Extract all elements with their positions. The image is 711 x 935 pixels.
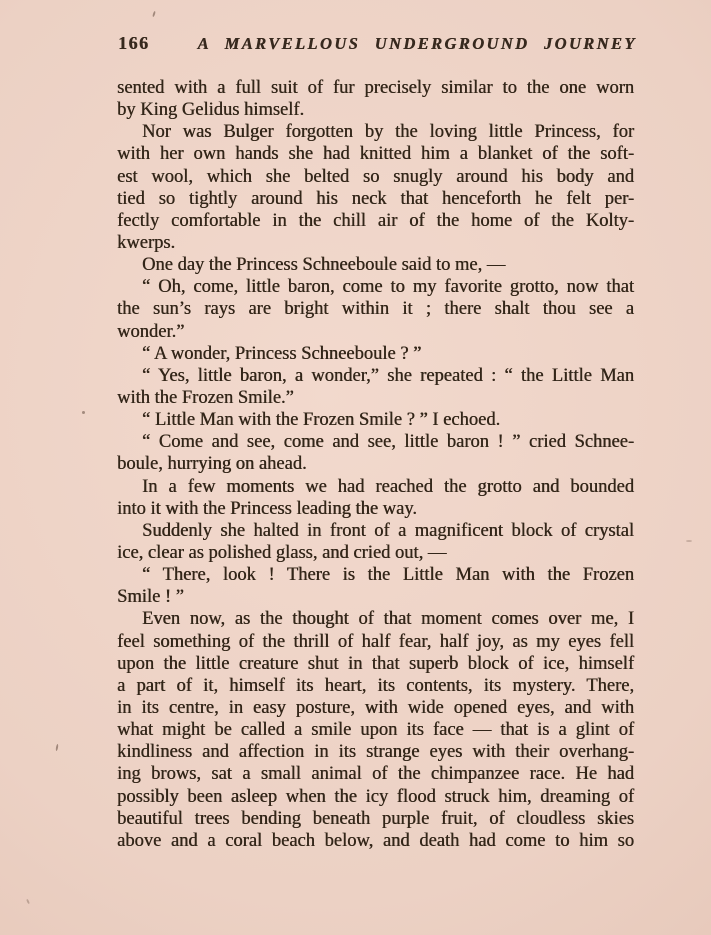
text-line: Smile ! ” [117, 586, 634, 608]
text-line: ice, clear as polished glass, and cried … [117, 542, 634, 564]
text-line: with her own hands she had knitted him a… [117, 143, 634, 165]
text-line: with the Frozen Smile.” [117, 387, 634, 409]
book-page: 166 A MARVELLOUS UNDERGROUND JOURNEY sen… [0, 0, 711, 935]
text-line: “ Yes, little baron, a wonder,” she repe… [117, 365, 634, 387]
text-line: into it with the Princess leading the wa… [117, 498, 634, 520]
text-line: in its centre, in easy posture, with wid… [117, 697, 634, 719]
text-line: In a few moments we had reached the grot… [117, 476, 634, 498]
text-line: Suddenly she halted in front of a magnif… [117, 520, 634, 542]
text-line: ing brows, sat a small animal of the chi… [117, 763, 634, 785]
text-line: tied so tightly around his neck that hen… [117, 188, 634, 210]
text-line: possibly been asleep when the icy flood … [117, 786, 634, 808]
text-line: above and a coral beach below, and death… [117, 830, 634, 852]
text-line: “ Come and see, come and see, little bar… [117, 431, 634, 453]
scan-speckle [152, 11, 156, 17]
text-line: the sun’s rays are bright within it ; th… [117, 298, 634, 320]
page-header: 166 A MARVELLOUS UNDERGROUND JOURNEY [118, 33, 634, 54]
text-line: fectly comfortable in the chill air of t… [117, 210, 634, 232]
text-line: boule, hurrying on ahead. [117, 453, 634, 475]
text-line: by King Gelidus himself. [117, 99, 634, 121]
text-block: sented with a full suit of fur precisely… [117, 77, 634, 852]
text-line: sented with a full suit of fur precisely… [117, 77, 634, 99]
text-line: a part of it, himself its heart, its con… [117, 675, 634, 697]
text-line: “ There, look ! There is the Little Man … [117, 564, 634, 586]
scan-speckle [686, 540, 692, 542]
text-line: feel something of the thrill of half fea… [117, 631, 634, 653]
text-line: Nor was Bulger forgotten by the loving l… [117, 121, 634, 143]
text-line: wonder.” [117, 321, 634, 343]
text-line: “ Oh, come, little baron, come to my fav… [117, 276, 634, 298]
text-line: “ Little Man with the Frozen Smile ? ” I… [117, 409, 634, 431]
text-line: upon the little creature shut in that su… [117, 653, 634, 675]
scan-speckle [26, 899, 30, 904]
page-number: 166 [118, 33, 150, 54]
text-line: kwerps. [117, 232, 634, 254]
running-title: A MARVELLOUS UNDERGROUND JOURNEY [198, 34, 637, 54]
scan-speckle [82, 411, 85, 414]
scan-speckle [55, 744, 58, 751]
text-line: what might be called a smile upon its fa… [117, 719, 634, 741]
text-line: “ A wonder, Princess Schneeboule ? ” [117, 343, 634, 365]
text-line: Even now, as the thought of that moment … [117, 608, 634, 630]
text-line: One day the Princess Schneeboule said to… [117, 254, 634, 276]
text-line: kindliness and affection in its strange … [117, 741, 634, 763]
text-line: beautiful trees bending beneath purple f… [117, 808, 634, 830]
text-line: est wool, which she belted so snugly aro… [117, 166, 634, 188]
